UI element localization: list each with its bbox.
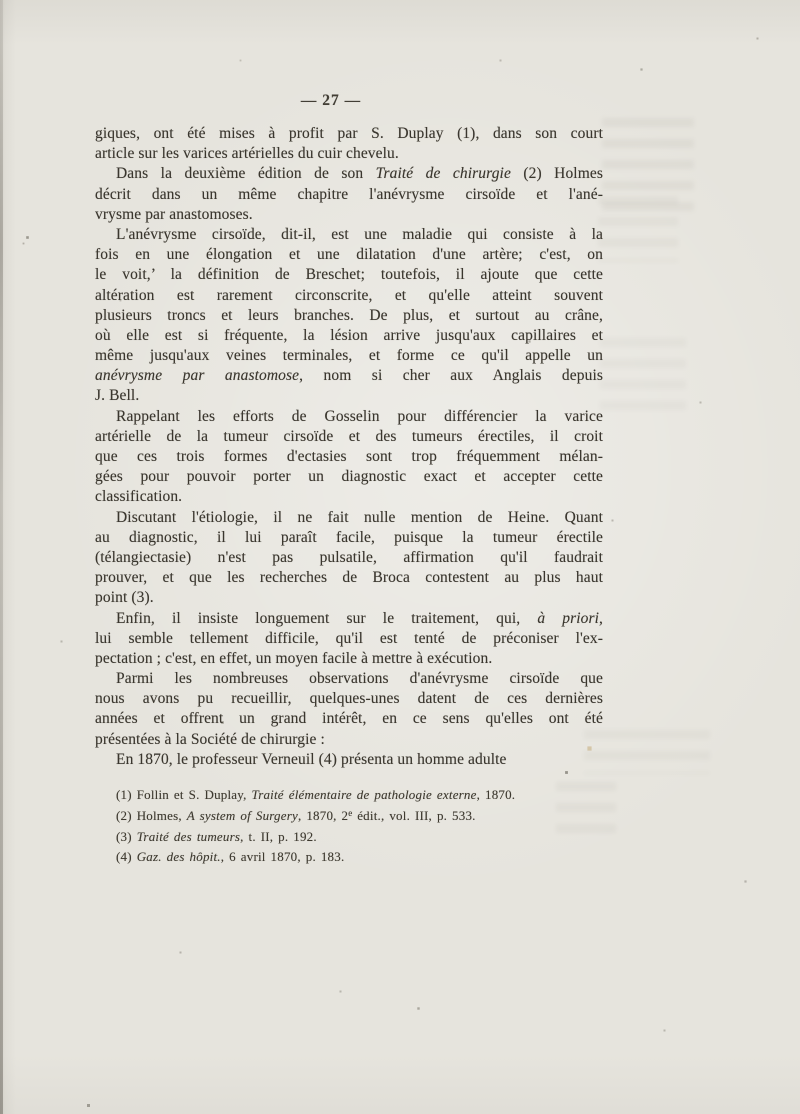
text-run: (2) Holmes: [511, 165, 603, 182]
text-line: Parmi les nombreuses observations d'anév…: [95, 669, 603, 689]
italic-run: à priori: [537, 610, 599, 627]
text-line: (télangiectasie) n'est pas pulsatile, af…: [95, 548, 603, 568]
text-run: , t. II, p. 192.: [240, 829, 317, 844]
text-run: altération est rarement circonscrite, et…: [95, 287, 603, 304]
text-line: Rappelant les efforts de Gosselin pour d…: [95, 407, 603, 427]
text-run: Dans la deuxième édition de son: [116, 165, 376, 182]
text-line: giques, ont été mises à profit par S. Du…: [95, 124, 603, 144]
ink-bleedthrough: [600, 338, 686, 420]
footnote-line: (1) Follin et S. Duplay, Traité élémenta…: [95, 785, 603, 806]
text-line: plusieurs troncs et leurs branches. De p…: [95, 306, 603, 326]
text-line: au diagnostic, il lui paraît facile, pui…: [95, 528, 603, 548]
text-run: J. Bell.: [95, 387, 139, 404]
text-line: article sur les varices artérielles du c…: [95, 144, 603, 164]
text-run: lui semble tellement difficile, qu'il es…: [95, 630, 603, 647]
text-run: décrit dans un même chapitre l'anévrysme…: [95, 186, 603, 203]
scan-edge-shadow: [0, 0, 3, 1114]
italic-run: Traité de chirurgie: [376, 165, 511, 182]
italic-run: Traité des tumeurs: [137, 829, 240, 844]
text-line: nous avons pu recueillir, quelques-unes …: [95, 689, 603, 709]
text-line: fois en une élongation et une dilatation…: [95, 245, 603, 265]
text-run: Parmi les nombreuses observations d'anév…: [116, 670, 603, 687]
text-run: artérielle de la tumeur cirsoïde et des …: [95, 428, 603, 445]
text-run: vrysme par anastomoses.: [95, 206, 253, 223]
body-text: giques, ont été mises à profit par S. Du…: [95, 124, 603, 770]
text-line: où elle est si fréquente, la lésion arri…: [95, 326, 603, 346]
italic-run: Gaz. des hôpit.: [137, 849, 221, 864]
paragraph: Parmi les nombreuses observations d'anév…: [95, 669, 603, 750]
text-line: point (3).: [95, 588, 603, 608]
text-run: Enfin, il insiste longuement sur le trai…: [116, 610, 537, 627]
text-line: gées pour pouvoir porter un diagnostic e…: [95, 467, 603, 487]
text-line: vrysme par anastomoses.: [95, 205, 603, 225]
text-line: Dans la deuxième édition de son Traité d…: [95, 164, 603, 184]
text-line: J. Bell.: [95, 386, 603, 406]
text-run: prouver, et que les recherches de Broca …: [95, 569, 603, 586]
text-run: où elle est si fréquente, la lésion arri…: [95, 327, 603, 344]
text-run: Rappelant les efforts de Gosselin pour d…: [116, 408, 603, 425]
ink-bleedthrough: [598, 196, 678, 262]
text-run: , 6 avril 1870, p. 183.: [221, 849, 345, 864]
text-run: (télangiectasie) n'est pas pulsatile, af…: [95, 549, 603, 566]
text-run: giques, ont été mises à profit par S. Du…: [95, 125, 603, 142]
text-run: fois en une élongation et une dilatation…: [95, 246, 603, 263]
text-run: nous avons pu recueillir, quelques-unes …: [95, 690, 603, 707]
scanned-page: — 27 — giques, ont été mises à profit pa…: [0, 0, 800, 1114]
text-run: L'anévrysme cirsoïde, dit-il, est une ma…: [116, 226, 603, 243]
paragraph: Dans la deuxième édition de son Traité d…: [95, 164, 603, 225]
text-line: L'anévrysme cirsoïde, dit-il, est une ma…: [95, 225, 603, 245]
text-line: altération est rarement circonscrite, et…: [95, 286, 603, 306]
text-line: classification.: [95, 487, 603, 507]
text-line: Enfin, il insiste longuement sur le trai…: [95, 609, 603, 629]
text-run: présentées à la Société de chirurgie :: [95, 731, 325, 748]
text-line: Discutant l'étiologie, il ne fait nulle …: [95, 508, 603, 528]
text-run: , 1870.: [477, 787, 516, 802]
text-line: pectation ; c'est, en effet, un moyen fa…: [95, 649, 603, 669]
paragraph: giques, ont été mises à profit par S. Du…: [95, 124, 603, 164]
text-line: décrit dans un même chapitre l'anévrysme…: [95, 185, 603, 205]
text-line: prouver, et que les recherches de Broca …: [95, 568, 603, 588]
text-line: le voit,’ la définition de Breschet; tou…: [95, 265, 603, 285]
text-run: que ces trois formes d'ectasies sont tro…: [95, 448, 603, 465]
text-run: point (3).: [95, 589, 154, 606]
text-run: ,: [599, 610, 603, 627]
text-run: plusieurs troncs et leurs branches. De p…: [95, 307, 603, 324]
italic-run: anévrysme par anastomose: [95, 367, 299, 384]
text-run: , 1870, 2: [298, 808, 348, 823]
italic-run: A system of Surgery: [187, 808, 298, 823]
text-run: , nom si cher aux Anglais depuis: [299, 367, 603, 384]
paragraph: En 1870, le professeur Verneuil (4) prés…: [95, 750, 603, 770]
footnote-line: (4) Gaz. des hôpit., 6 avril 1870, p. 18…: [95, 847, 603, 868]
text-run: édit., vol. III, p. 533.: [352, 808, 475, 823]
dust-specks: [0, 0, 1, 1]
text-line: anévrysme par anastomose, nom si cher au…: [95, 366, 603, 386]
text-line: présentées à la Société de chirurgie :: [95, 730, 603, 750]
text-run: (1) Follin et S. Duplay,: [116, 787, 252, 802]
text-line: artérielle de la tumeur cirsoïde et des …: [95, 427, 603, 447]
text-run: Discutant l'étiologie, il ne fait nulle …: [116, 509, 603, 526]
paragraph: Rappelant les efforts de Gosselin pour d…: [95, 407, 603, 508]
text-run: article sur les varices artérielles du c…: [95, 145, 399, 162]
text-line: En 1870, le professeur Verneuil (4) prés…: [95, 750, 603, 770]
text-run: (2) Holmes,: [116, 808, 187, 823]
text-run: années et offrent un grand intérêt, en c…: [95, 710, 603, 727]
text-line: que ces trois formes d'ectasies sont tro…: [95, 447, 603, 467]
text-line: même jusqu'aux veines terminales, et for…: [95, 346, 603, 366]
text-line: années et offrent un grand intérêt, en c…: [95, 709, 603, 729]
text-run: En 1870, le professeur Verneuil (4) prés…: [116, 751, 507, 768]
text-run: le voit,’ la définition de Breschet; tou…: [95, 266, 603, 283]
footnote-line: (3) Traité des tumeurs, t. II, p. 192.: [95, 827, 603, 848]
italic-run: Traité élémentaire de pathologie externe: [252, 787, 477, 802]
footnote-line: (2) Holmes, A system of Surgery, 1870, 2…: [95, 806, 603, 827]
text-run: même jusqu'aux veines terminales, et for…: [95, 347, 603, 364]
paragraph: Enfin, il insiste longuement sur le trai…: [95, 609, 603, 670]
paragraph: Discutant l'étiologie, il ne fait nulle …: [95, 508, 603, 609]
footnotes: (1) Follin et S. Duplay, Traité élémenta…: [95, 785, 603, 868]
text-run: pectation ; c'est, en effet, un moyen fa…: [95, 650, 492, 667]
page-number: — 27 —: [77, 92, 585, 110]
text-line: lui semble tellement difficile, qu'il es…: [95, 629, 603, 649]
text-run: au diagnostic, il lui paraît facile, pui…: [95, 529, 603, 546]
text-run: (3): [116, 829, 137, 844]
text-run: classification.: [95, 488, 182, 505]
text-run: gées pour pouvoir porter un diagnostic e…: [95, 468, 603, 485]
text-run: (4): [116, 849, 137, 864]
paragraph: L'anévrysme cirsoïde, dit-il, est une ma…: [95, 225, 603, 407]
